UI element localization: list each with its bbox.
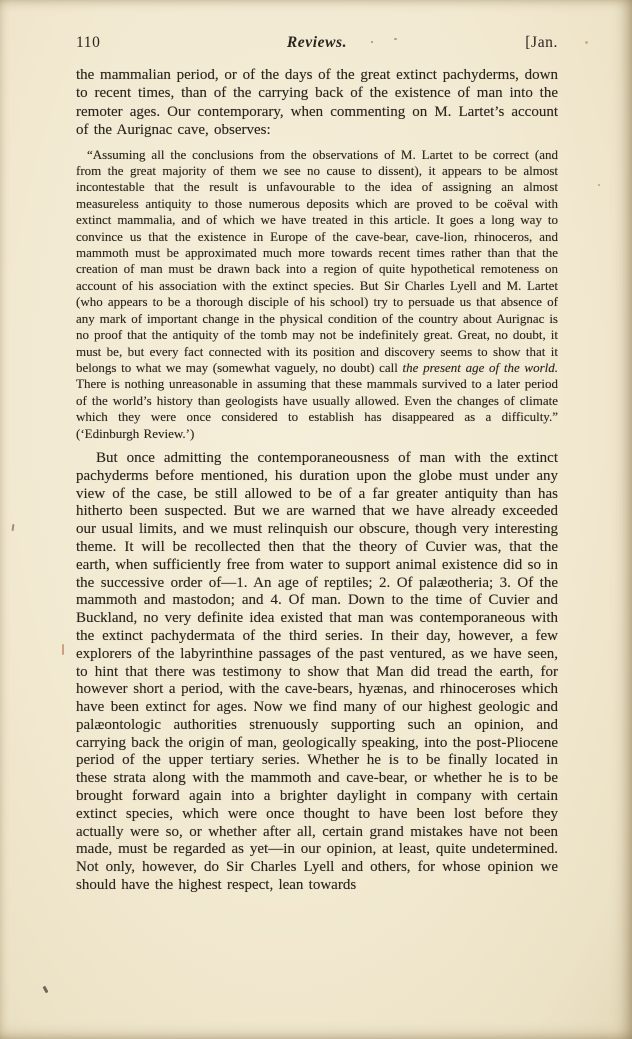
paragraph-main: But once admitting the contemporaneousne…: [76, 450, 558, 895]
ink-speck: [598, 184, 600, 186]
ink-speck: [585, 41, 588, 44]
quote-italic-phrase: the present age of the world.: [403, 360, 558, 375]
paragraph-intro: the mammalian period, or of the days of …: [76, 66, 558, 140]
quote-text-before: “Assuming all the conclusions from the o…: [76, 147, 558, 375]
blockquote-edinburgh-review: “Assuming all the conclusions from the o…: [76, 147, 558, 442]
ink-speck: [43, 986, 49, 994]
running-title: Reviews.: [287, 34, 347, 52]
ink-speck: [394, 38, 397, 40]
ink-speck: [62, 644, 64, 655]
page-number: 110: [76, 34, 100, 52]
page-header: 110 Reviews. [Jan.: [76, 30, 558, 52]
ink-speck: [371, 41, 373, 43]
issue-label: [Jan.: [525, 34, 558, 52]
ink-speck: [12, 524, 15, 531]
book-page: 110 Reviews. [Jan. the mammalian period,…: [0, 0, 632, 1039]
quote-text-after: There is nothing unreasonable in assumin…: [76, 376, 558, 440]
